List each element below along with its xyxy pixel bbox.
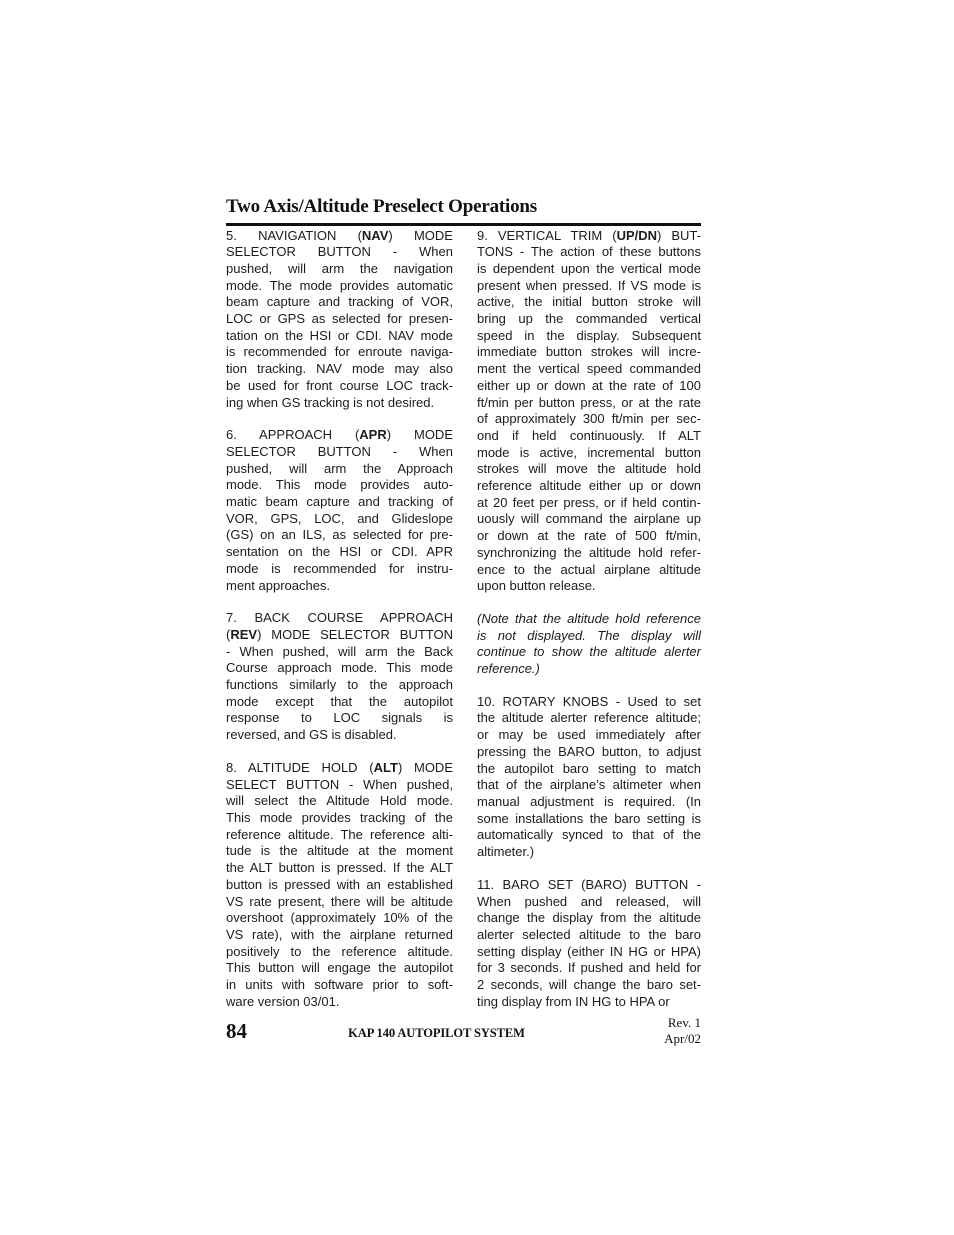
paragraph: 8. ALTITUDE HOLD (ALT) MODESELECT BUTTON… — [226, 760, 453, 1011]
text-line: upon button release. — [477, 578, 701, 595]
paragraph: 10. ROTARY KNOBS - Used to setthe altitu… — [477, 694, 701, 861]
text-line: 5. NAVIGATION (NAV) MODE — [226, 228, 453, 245]
paragraph: 9. VERTICAL TRIM (UP/DN) BUT-TONS - The … — [477, 228, 701, 595]
text-line: tation on the HSI or CDI. NAV mode — [226, 328, 453, 345]
text-line: SELECTOR BUTTON - When — [226, 244, 453, 261]
text-line: (Note that the altitude hold reference — [477, 611, 701, 628]
text-line: VOR, GPS, LOC, and Glideslope — [226, 511, 453, 528]
text-line: be used for front course LOC track- — [226, 378, 453, 395]
text-line: is recommended for enroute naviga- — [226, 344, 453, 361]
text-line: or may be used immediately after — [477, 727, 701, 744]
text-line: 2 seconds, will change the baro set- — [477, 977, 701, 994]
text-line: mode. This mode provides auto- — [226, 477, 453, 494]
text-line: sentation on the HSI or CDI. APR — [226, 544, 453, 561]
text-line: SELECTOR BUTTON - When — [226, 444, 453, 461]
title-divider — [226, 223, 701, 226]
text-line: mode is recommended for instru- — [226, 561, 453, 578]
text-line: pushed, will arm the Approach — [226, 461, 453, 478]
revision-date: Apr/02 — [664, 1031, 701, 1047]
text-line: manual adjustment is required. (In — [477, 794, 701, 811]
text-line: matic beam capture and tracking of — [226, 494, 453, 511]
text-line: of approximately 300 ft/min per sec- — [477, 411, 701, 428]
text-line: bring up the commanded vertical — [477, 311, 701, 328]
text-line: ware version 03/01. — [226, 994, 453, 1011]
text-line: alerter selected altitude to the baro — [477, 927, 701, 944]
text-line: speed in the display. Subsequent — [477, 328, 701, 345]
page-footer: 84 KAP 140 AUTOPILOT SYSTEM Rev. 1 Apr/0… — [226, 1014, 701, 1054]
text-line: ment the vertical speed commanded — [477, 361, 701, 378]
text-line: is dependent upon the vertical mode — [477, 261, 701, 278]
paragraph: 5. NAVIGATION (NAV) MODESELECTOR BUTTON … — [226, 228, 453, 412]
text-line: positively to the reference altitude. — [226, 944, 453, 961]
text-line: SELECT BUTTON - When pushed, — [226, 777, 453, 794]
text-line: altimeter.) — [477, 844, 701, 861]
text-line: that of the airplane’s altimeter when — [477, 777, 701, 794]
text-line: present when pressed. If VS mode is — [477, 278, 701, 295]
text-line: uously will command the airplane up — [477, 511, 701, 528]
text-line: mode is active, incremental button — [477, 445, 701, 462]
text-line: reference.) — [477, 661, 701, 678]
text-line: When pushed and released, will — [477, 894, 701, 911]
text-line: Course approach mode. This mode — [226, 660, 453, 677]
text-line: - When pushed, will arm the Back — [226, 644, 453, 661]
text-line: tion tracking. NAV mode may also — [226, 361, 453, 378]
text-line: 11. BARO SET (BARO) BUTTON - — [477, 877, 701, 894]
text-line: mode. The mode provides automatic — [226, 278, 453, 295]
text-line: immediate button strokes will incre- — [477, 344, 701, 361]
text-line: pressing the BARO button, to adjust — [477, 744, 701, 761]
text-line: ting display from IN HG to HPA or — [477, 994, 701, 1011]
text-line: the altitude alerter reference altitude; — [477, 710, 701, 727]
paragraph: (Note that the altitude hold referenceis… — [477, 611, 701, 678]
text-line: VS rate present, there will be altitude — [226, 894, 453, 911]
text-line: functions similarly to the approach — [226, 677, 453, 694]
text-line: the ALT button is pressed. If the ALT — [226, 860, 453, 877]
text-line: ft/min per button press, or at the rate — [477, 395, 701, 412]
text-line: beam capture and tracking of VOR, — [226, 294, 453, 311]
text-line: will select the Altitude Hold mode. — [226, 793, 453, 810]
text-line: either up or down at the rate of 100 — [477, 378, 701, 395]
text-line: ond if held continuously. If ALT — [477, 428, 701, 445]
text-line: setting display (either IN HG or HPA) — [477, 944, 701, 961]
text-line: change the display from the altitude — [477, 910, 701, 927]
text-line: 7. BACK COURSE APPROACH — [226, 610, 453, 627]
text-line: strokes will move the altitude hold — [477, 461, 701, 478]
revision-label: Rev. 1 — [664, 1015, 701, 1031]
text-line: 8. ALTITUDE HOLD (ALT) MODE — [226, 760, 453, 777]
page-content: Two Axis/Altitude Preselect Operations 5… — [226, 196, 701, 1010]
text-line: This mode provides tracking of the — [226, 810, 453, 827]
text-line: the autopilot baro setting to match — [477, 761, 701, 778]
text-line: mode except that the autopilot — [226, 694, 453, 711]
manual-page: Two Axis/Altitude Preselect Operations 5… — [0, 0, 954, 1235]
text-line: TONS - The action of these buttons — [477, 244, 701, 261]
text-line: some installations the baro setting is — [477, 811, 701, 828]
text-line: (REV) MODE SELECTOR BUTTON — [226, 627, 453, 644]
text-line: reference altitude either up or down — [477, 478, 701, 495]
text-line: is not displayed. The display will — [477, 628, 701, 645]
text-line: 9. VERTICAL TRIM (UP/DN) BUT- — [477, 228, 701, 245]
page-title: Two Axis/Altitude Preselect Operations — [226, 196, 701, 217]
text-line: 10. ROTARY KNOBS - Used to set — [477, 694, 701, 711]
text-line: 6. APPROACH (APR) MODE — [226, 427, 453, 444]
footer-doc-title: KAP 140 AUTOPILOT SYSTEM — [199, 1026, 674, 1041]
text-line: reversed, and GS is disabled. — [226, 727, 453, 744]
text-line: (GS) on an ILS, as selected for pre- — [226, 527, 453, 544]
text-line: reference altitude. The reference alti- — [226, 827, 453, 844]
text-line: ence to the actual airplane altitude — [477, 562, 701, 579]
text-line: pushed, will arm the navigation — [226, 261, 453, 278]
text-line: LOC or GPS as selected for presen- — [226, 311, 453, 328]
revision-block: Rev. 1 Apr/02 — [664, 1015, 701, 1047]
text-line: overshoot (approximately 10% of the — [226, 910, 453, 927]
text-line: synchronizing the altitude hold refer- — [477, 545, 701, 562]
text-line: continue to show the altitude alerter — [477, 644, 701, 661]
two-column-body: 5. NAVIGATION (NAV) MODESELECTOR BUTTON … — [226, 228, 701, 1011]
text-line: tude is the altitude at the moment — [226, 843, 453, 860]
text-line: VS rate), with the airplane returned — [226, 927, 453, 944]
text-line: This button will engage the autopilot — [226, 960, 453, 977]
text-line: in units with software prior to soft- — [226, 977, 453, 994]
text-line: for 3 seconds. If pushed and held for — [477, 960, 701, 977]
text-line: at 20 feet per press, or if held contin- — [477, 495, 701, 512]
paragraph: 7. BACK COURSE APPROACH(REV) MODE SELECT… — [226, 610, 453, 744]
text-line: button is pressed with an established — [226, 877, 453, 894]
text-line: automatically synced to that of the — [477, 827, 701, 844]
text-line: active, the initial button stroke will — [477, 294, 701, 311]
text-line: or down at the rate of 500 ft/min, — [477, 528, 701, 545]
text-line: response to LOC signals is — [226, 710, 453, 727]
paragraph: 11. BARO SET (BARO) BUTTON -When pushed … — [477, 877, 701, 1011]
right-column: 9. VERTICAL TRIM (UP/DN) BUT-TONS - The … — [477, 228, 701, 1011]
paragraph: 6. APPROACH (APR) MODESELECTOR BUTTON - … — [226, 427, 453, 594]
left-column: 5. NAVIGATION (NAV) MODESELECTOR BUTTON … — [226, 228, 453, 1011]
text-line: ing when GS tracking is not desired. — [226, 395, 453, 412]
text-line: ment approaches. — [226, 578, 453, 595]
